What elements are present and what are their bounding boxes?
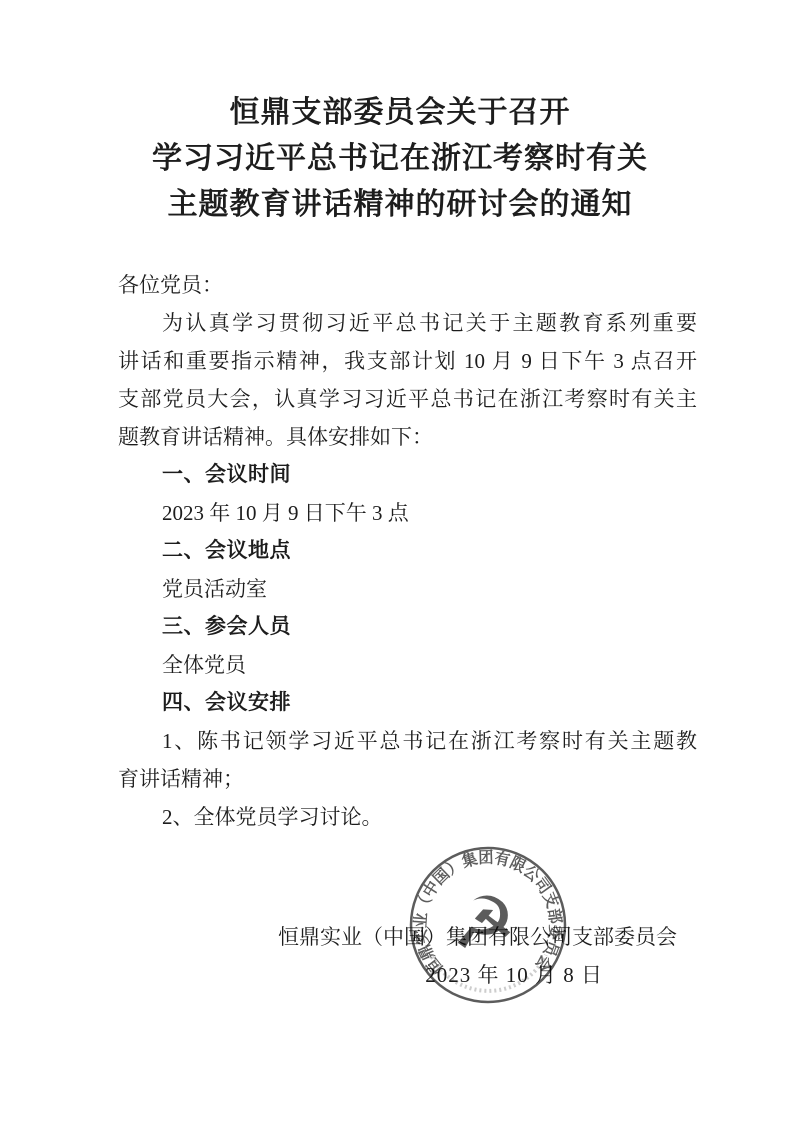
- intro-line: 为认真学习贯彻习近平总书记关于主题教育系列重要: [118, 304, 697, 342]
- arrangement-item-2: 2、全体党员学习讨论。: [118, 798, 697, 836]
- section-heading-place: 二、会议地点: [118, 532, 697, 570]
- section-heading-attendees: 三、参会人员: [118, 608, 697, 646]
- arrangement-item-1: 1、陈书记领学习近平总书记在浙江考察时有关主题教: [118, 722, 697, 760]
- intro-line: 题教育讲话精神。具体安排如下：: [118, 418, 697, 456]
- date: 2023 年 10 月 8 日: [0, 956, 800, 994]
- signature: 恒鼎实业（中国）集团有限公司支部委员会: [0, 918, 800, 956]
- document-page: 恒鼎支部委员会关于召开 学习习近平总书记在浙江考察时有关 主题教育讲话精神的研讨…: [0, 0, 800, 1132]
- section-content-place: 党员活动室: [118, 570, 697, 608]
- document-body: 各位党员： 为认真学习贯彻习近平总书记关于主题教育系列重要 讲话和重要指示精神，…: [0, 266, 800, 836]
- title-line-3: 主题教育讲话精神的研讨会的通知: [0, 182, 800, 228]
- title-line-1: 恒鼎支部委员会关于召开: [0, 90, 800, 136]
- section-content-attendees: 全体党员: [118, 646, 697, 684]
- signature-block: 恒鼎实业（中国）集团有限公司支部委员会 2023 年 10 月 8 日: [0, 918, 800, 994]
- section-content-time: 2023 年 10 月 9 日下午 3 点: [118, 494, 697, 532]
- document-title: 恒鼎支部委员会关于召开 学习习近平总书记在浙江考察时有关 主题教育讲话精神的研讨…: [0, 0, 800, 228]
- arrangement-item-1-cont: 育讲话精神；: [118, 760, 697, 798]
- salutation: 各位党员：: [118, 266, 697, 304]
- title-line-2: 学习习近平总书记在浙江考察时有关: [0, 136, 800, 182]
- section-heading-time: 一、会议时间: [118, 456, 697, 494]
- intro-line: 支部党员大会，认真学习习近平总书记在浙江考察时有关主: [118, 380, 697, 418]
- intro-line: 讲话和重要指示精神，我支部计划 10 月 9 日下午 3 点召开: [118, 342, 697, 380]
- section-heading-arrangement: 四、会议安排: [118, 684, 697, 722]
